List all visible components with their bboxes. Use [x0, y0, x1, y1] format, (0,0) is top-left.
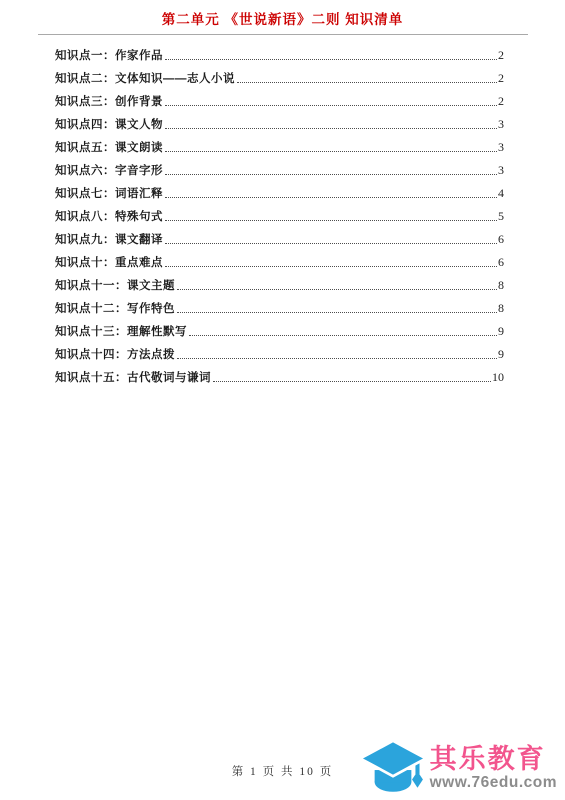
toc-item[interactable]: 知识点十：重点难点 6: [55, 250, 504, 273]
document-page: 第二单元 《世说新语》二则 知识清单 知识点一：作家作品 2 知识点二：文体知识…: [0, 0, 565, 800]
toc-item-page: 3: [498, 117, 504, 135]
toc-item-page: 4: [498, 186, 504, 204]
toc-item[interactable]: 知识点一：作家作品 2: [55, 43, 504, 66]
toc-leader-dots: [165, 220, 497, 221]
toc-item-page: 9: [498, 347, 504, 365]
toc-item-label: 知识点一：作家作品: [55, 47, 163, 66]
toc-leader-dots: [165, 266, 497, 267]
toc-leader-dots: [177, 358, 497, 359]
toc-item-label: 知识点二：文体知识——志人小说: [55, 70, 235, 89]
toc-leader-dots: [165, 128, 497, 129]
toc-item-page: 8: [498, 301, 504, 319]
toc-leader-dots: [165, 59, 497, 60]
toc-leader-dots: [165, 197, 497, 198]
graduation-cap-icon: [359, 740, 427, 796]
toc-item-label: 知识点十二：写作特色: [55, 300, 175, 319]
brand-text-block: 其乐教育 www.76edu.com: [430, 744, 557, 792]
toc-item-page: 3: [498, 140, 504, 158]
toc-item-label: 知识点九：课文翻译: [55, 231, 163, 250]
page-title: 第二单元 《世说新语》二则 知识清单: [0, 8, 565, 28]
toc-item-page: 5: [498, 209, 504, 227]
toc-item[interactable]: 知识点十三：理解性默写 9: [55, 319, 504, 342]
toc-item-label: 知识点十四：方法点拨: [55, 346, 175, 365]
toc-item-page: 9: [498, 324, 504, 342]
brand-name: 其乐教育: [430, 744, 557, 774]
toc-leader-dots: [177, 312, 497, 313]
toc-item[interactable]: 知识点七：词语汇释 4: [55, 181, 504, 204]
toc-item-page: 6: [498, 232, 504, 250]
toc-leader-dots: [177, 289, 497, 290]
toc-item-label: 知识点三：创作背景: [55, 93, 163, 112]
toc-item-label: 知识点十一：课文主题: [55, 277, 175, 296]
toc-leader-dots: [213, 381, 491, 382]
toc-item[interactable]: 知识点十四：方法点拨 9: [55, 342, 504, 365]
toc-item-label: 知识点八：特殊句式: [55, 208, 163, 227]
toc-item-page: 2: [498, 94, 504, 112]
toc-leader-dots: [165, 151, 497, 152]
toc-item-label: 知识点十五：古代敬词与谦词: [55, 369, 211, 388]
toc-leader-dots: [189, 335, 497, 336]
toc-list: 知识点一：作家作品 2 知识点二：文体知识——志人小说 2 知识点三：创作背景 …: [55, 43, 504, 388]
toc-item[interactable]: 知识点二：文体知识——志人小说 2: [55, 66, 504, 89]
brand-logo: 其乐教育 www.76edu.com: [359, 740, 557, 796]
toc-item[interactable]: 知识点九：课文翻译 6: [55, 227, 504, 250]
toc-item-label: 知识点十三：理解性默写: [55, 323, 187, 342]
toc-item-page: 2: [498, 71, 504, 89]
toc-item[interactable]: 知识点四：课文人物 3: [55, 112, 504, 135]
toc-leader-dots: [165, 243, 497, 244]
toc-item-page: 10: [492, 370, 504, 388]
toc-item[interactable]: 知识点十五：古代敬词与谦词 10: [55, 365, 504, 388]
toc-item-page: 6: [498, 255, 504, 273]
toc-item[interactable]: 知识点十二：写作特色 8: [55, 296, 504, 319]
toc-item[interactable]: 知识点三：创作背景 2: [55, 89, 504, 112]
toc-item-label: 知识点七：词语汇释: [55, 185, 163, 204]
toc-item-page: 8: [498, 278, 504, 296]
brand-url: www.76edu.com: [430, 774, 557, 792]
header-divider: [38, 34, 528, 35]
toc-item[interactable]: 知识点十一：课文主题 8: [55, 273, 504, 296]
toc-leader-dots: [165, 105, 497, 106]
toc-item-label: 知识点四：课文人物: [55, 116, 163, 135]
toc-item-label: 知识点十：重点难点: [55, 254, 163, 273]
toc-item-page: 2: [498, 48, 504, 66]
toc-item-page: 3: [498, 163, 504, 181]
toc-item[interactable]: 知识点五：课文朗读 3: [55, 135, 504, 158]
toc-leader-dots: [237, 82, 497, 83]
toc-item[interactable]: 知识点八：特殊句式 5: [55, 204, 504, 227]
toc-leader-dots: [165, 174, 497, 175]
toc-item[interactable]: 知识点六：字音字形 3: [55, 158, 504, 181]
toc-item-label: 知识点六：字音字形: [55, 162, 163, 181]
toc-item-label: 知识点五：课文朗读: [55, 139, 163, 158]
